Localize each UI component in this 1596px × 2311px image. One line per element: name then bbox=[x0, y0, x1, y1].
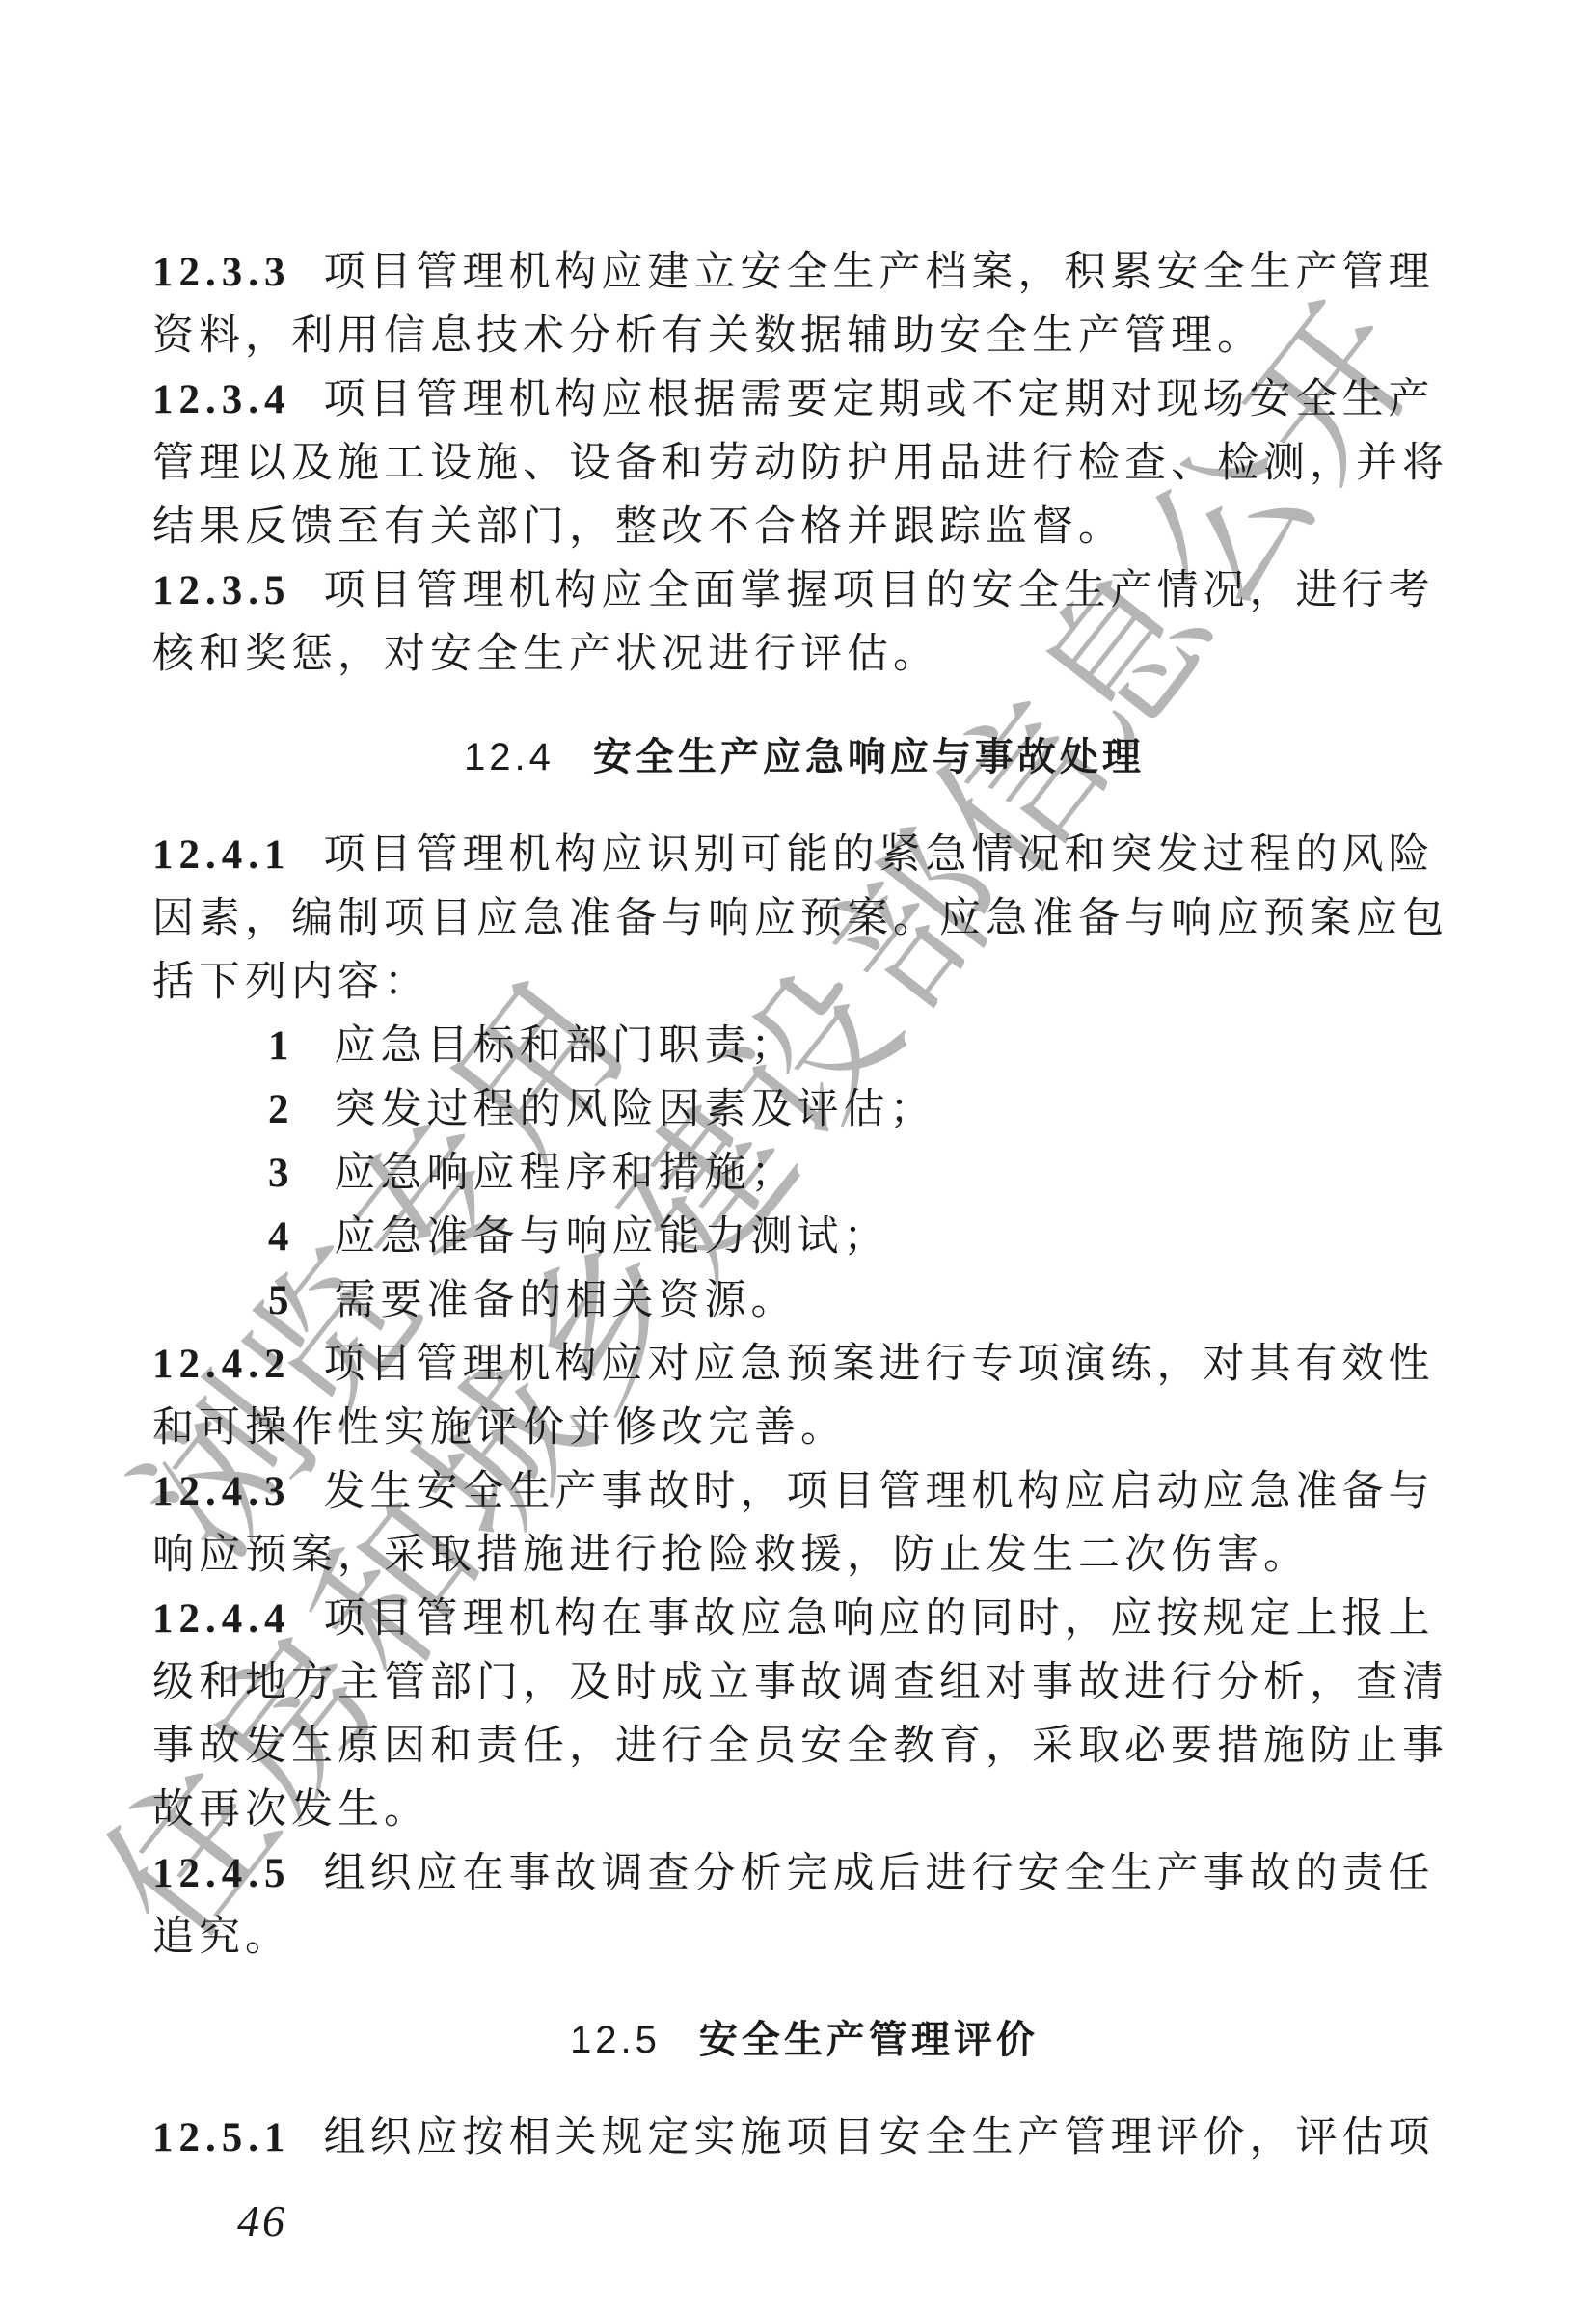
clause-number: 12.3.4 bbox=[152, 377, 291, 422]
clause-first-line: 12.4.5组织应在事故调查分析完成后进行安全生产事故的责任 bbox=[152, 1842, 1456, 1906]
list-item-text: 应急目标和部门职责； bbox=[335, 1023, 798, 1069]
clause-text: 发生安全生产事故时，项目管理机构应启动应急准备与 bbox=[324, 1469, 1435, 1514]
list-item-number: 4 bbox=[268, 1214, 294, 1260]
clause-text: 和可操作性实施评价并修改完善。 bbox=[152, 1405, 847, 1451]
list-item: 1应急目标和部门职责； bbox=[152, 1015, 1456, 1078]
list-item: 3应急响应程序和措施； bbox=[152, 1142, 1456, 1206]
list-item-text: 应急响应程序和措施； bbox=[335, 1151, 798, 1196]
clause-first-line: 12.3.5项目管理机构应全面掌握项目的安全生产情况，进行考 bbox=[152, 559, 1456, 623]
clause-line: 事故发生原因和责任，进行全员安全教育，采取必要措施防止事 bbox=[152, 1715, 1456, 1779]
clause-first-line: 12.3.3项目管理机构应建立安全生产档案，积累安全生产管理 bbox=[152, 241, 1456, 305]
clause-number: 12.4.2 bbox=[152, 1342, 291, 1387]
clause-number: 12.4.3 bbox=[152, 1469, 291, 1514]
clause-text: 括下列内容： bbox=[152, 960, 430, 1005]
list-item-text: 应急准备与响应能力测试； bbox=[335, 1214, 890, 1260]
clause-number: 12.4.5 bbox=[152, 1851, 291, 1896]
clause-text: 项目管理机构应对应急预案进行专项演练，对其有效性 bbox=[324, 1342, 1435, 1387]
list-item: 2突发过程的风险因素及评估； bbox=[152, 1078, 1456, 1142]
clause-number: 12.3.3 bbox=[152, 250, 291, 295]
section-heading-title: 安全生产管理评价 bbox=[699, 2019, 1039, 2061]
section-heading-number: 12.4 bbox=[464, 736, 555, 778]
clause-line: 级和地方主管部门，及时成立事故调查组对事故进行分析，查清 bbox=[152, 1651, 1456, 1715]
clause-line: 管理以及施工设施、设备和劳动防护用品进行检查、检测，并将 bbox=[152, 432, 1456, 496]
clause-first-line: 12.3.4项目管理机构应根据需要定期或不定期对现场安全生产 bbox=[152, 368, 1456, 432]
section-heading-title: 安全生产应急响应与事故处理 bbox=[593, 736, 1145, 778]
clause-line: 追究。 bbox=[152, 1906, 1456, 1970]
document-page: 12.3.3项目管理机构应建立安全生产档案，积累安全生产管理资料，利用信息技术分… bbox=[0, 0, 1596, 2311]
section-heading: 12.5安全生产管理评价 bbox=[152, 2008, 1456, 2072]
clause-text: 组织应在事故调查分析完成后进行安全生产事故的责任 bbox=[324, 1851, 1435, 1896]
clause-text: 事故发生原因和责任，进行全员安全教育，采取必要措施防止事 bbox=[152, 1724, 1448, 1769]
clause-line: 因素，编制项目应急准备与响应预案。应急准备与响应预案应包 bbox=[152, 887, 1456, 951]
list-item-text: 突发过程的风险因素及评估； bbox=[335, 1087, 936, 1132]
clause-text: 追究。 bbox=[152, 1915, 291, 1960]
clause-first-line: 12.4.1项目管理机构应识别可能的紧急情况和突发过程的风险 bbox=[152, 824, 1456, 887]
clause-text: 资料，利用信息技术分析有关数据辅助安全生产管理。 bbox=[152, 313, 1263, 359]
clause-first-line: 12.4.2项目管理机构应对应急预案进行专项演练，对其有效性 bbox=[152, 1333, 1456, 1397]
clause-text: 项目管理机构在事故应急响应的同时，应按规定上报上 bbox=[324, 1596, 1435, 1642]
clause-number: 12.3.5 bbox=[152, 568, 291, 613]
clause-number: 12.4.4 bbox=[152, 1596, 291, 1642]
clause-text: 项目管理机构应全面掌握项目的安全生产情况，进行考 bbox=[324, 568, 1435, 613]
clause-text: 响应预案，采取措施进行抢险救援，防止发生二次伤害。 bbox=[152, 1533, 1310, 1578]
clause-text: 组织应按相关规定实施项目安全生产管理评价，评估项 bbox=[324, 2115, 1435, 2161]
clause-text: 因素，编制项目应急准备与响应预案。应急准备与响应预案应包 bbox=[152, 896, 1448, 941]
clause-number: 12.4.1 bbox=[152, 832, 291, 878]
clause-line: 核和奖惩，对安全生产状况进行评估。 bbox=[152, 623, 1456, 687]
clause-line: 结果反馈至有关部门，整改不合格并跟踪监督。 bbox=[152, 496, 1456, 559]
list-item-number: 3 bbox=[268, 1151, 294, 1196]
clause-text: 项目管理机构应识别可能的紧急情况和突发过程的风险 bbox=[324, 832, 1435, 878]
clause-line: 括下列内容： bbox=[152, 951, 1456, 1015]
section-heading: 12.4安全生产应急响应与事故处理 bbox=[152, 725, 1456, 789]
clause-text: 故再次发生。 bbox=[152, 1787, 430, 1833]
clause-line: 响应预案，采取措施进行抢险救援，防止发生二次伤害。 bbox=[152, 1524, 1456, 1588]
document-body: 12.3.3项目管理机构应建立安全生产档案，积累安全生产管理资料，利用信息技术分… bbox=[152, 241, 1456, 2170]
clause-line: 和可操作性实施评价并修改完善。 bbox=[152, 1397, 1456, 1460]
clause-text: 项目管理机构应建立安全生产档案，积累安全生产管理 bbox=[324, 250, 1435, 295]
list-item-number: 5 bbox=[268, 1278, 294, 1323]
list-item: 4应急准备与响应能力测试； bbox=[152, 1206, 1456, 1269]
clause-text: 级和地方主管部门，及时成立事故调查组对事故进行分析，查清 bbox=[152, 1660, 1448, 1705]
list-item-number: 1 bbox=[268, 1023, 294, 1069]
list-item-text: 需要准备的相关资源。 bbox=[335, 1278, 798, 1323]
clause-text: 项目管理机构应根据需要定期或不定期对现场安全生产 bbox=[324, 377, 1435, 422]
page-number: 46 bbox=[152, 2189, 1456, 2253]
clause-line: 资料，利用信息技术分析有关数据辅助安全生产管理。 bbox=[152, 305, 1456, 368]
list-item: 5需要准备的相关资源。 bbox=[152, 1269, 1456, 1333]
clause-first-line: 12.5.1组织应按相关规定实施项目安全生产管理评价，评估项 bbox=[152, 2107, 1456, 2170]
clause-text: 核和奖惩，对安全生产状况进行评估。 bbox=[152, 632, 939, 677]
clause-text: 结果反馈至有关部门，整改不合格并跟踪监督。 bbox=[152, 504, 1124, 550]
clause-first-line: 12.4.3发生安全生产事故时，项目管理机构应启动应急准备与 bbox=[152, 1460, 1456, 1524]
list-item-number: 2 bbox=[268, 1087, 294, 1132]
clause-number: 12.5.1 bbox=[152, 2115, 291, 2161]
section-heading-number: 12.5 bbox=[570, 2019, 661, 2061]
clause-text: 管理以及施工设施、设备和劳动防护用品进行检查、检测，并将 bbox=[152, 441, 1448, 486]
clause-line: 故再次发生。 bbox=[152, 1779, 1456, 1842]
clause-first-line: 12.4.4项目管理机构在事故应急响应的同时，应按规定上报上 bbox=[152, 1588, 1456, 1651]
